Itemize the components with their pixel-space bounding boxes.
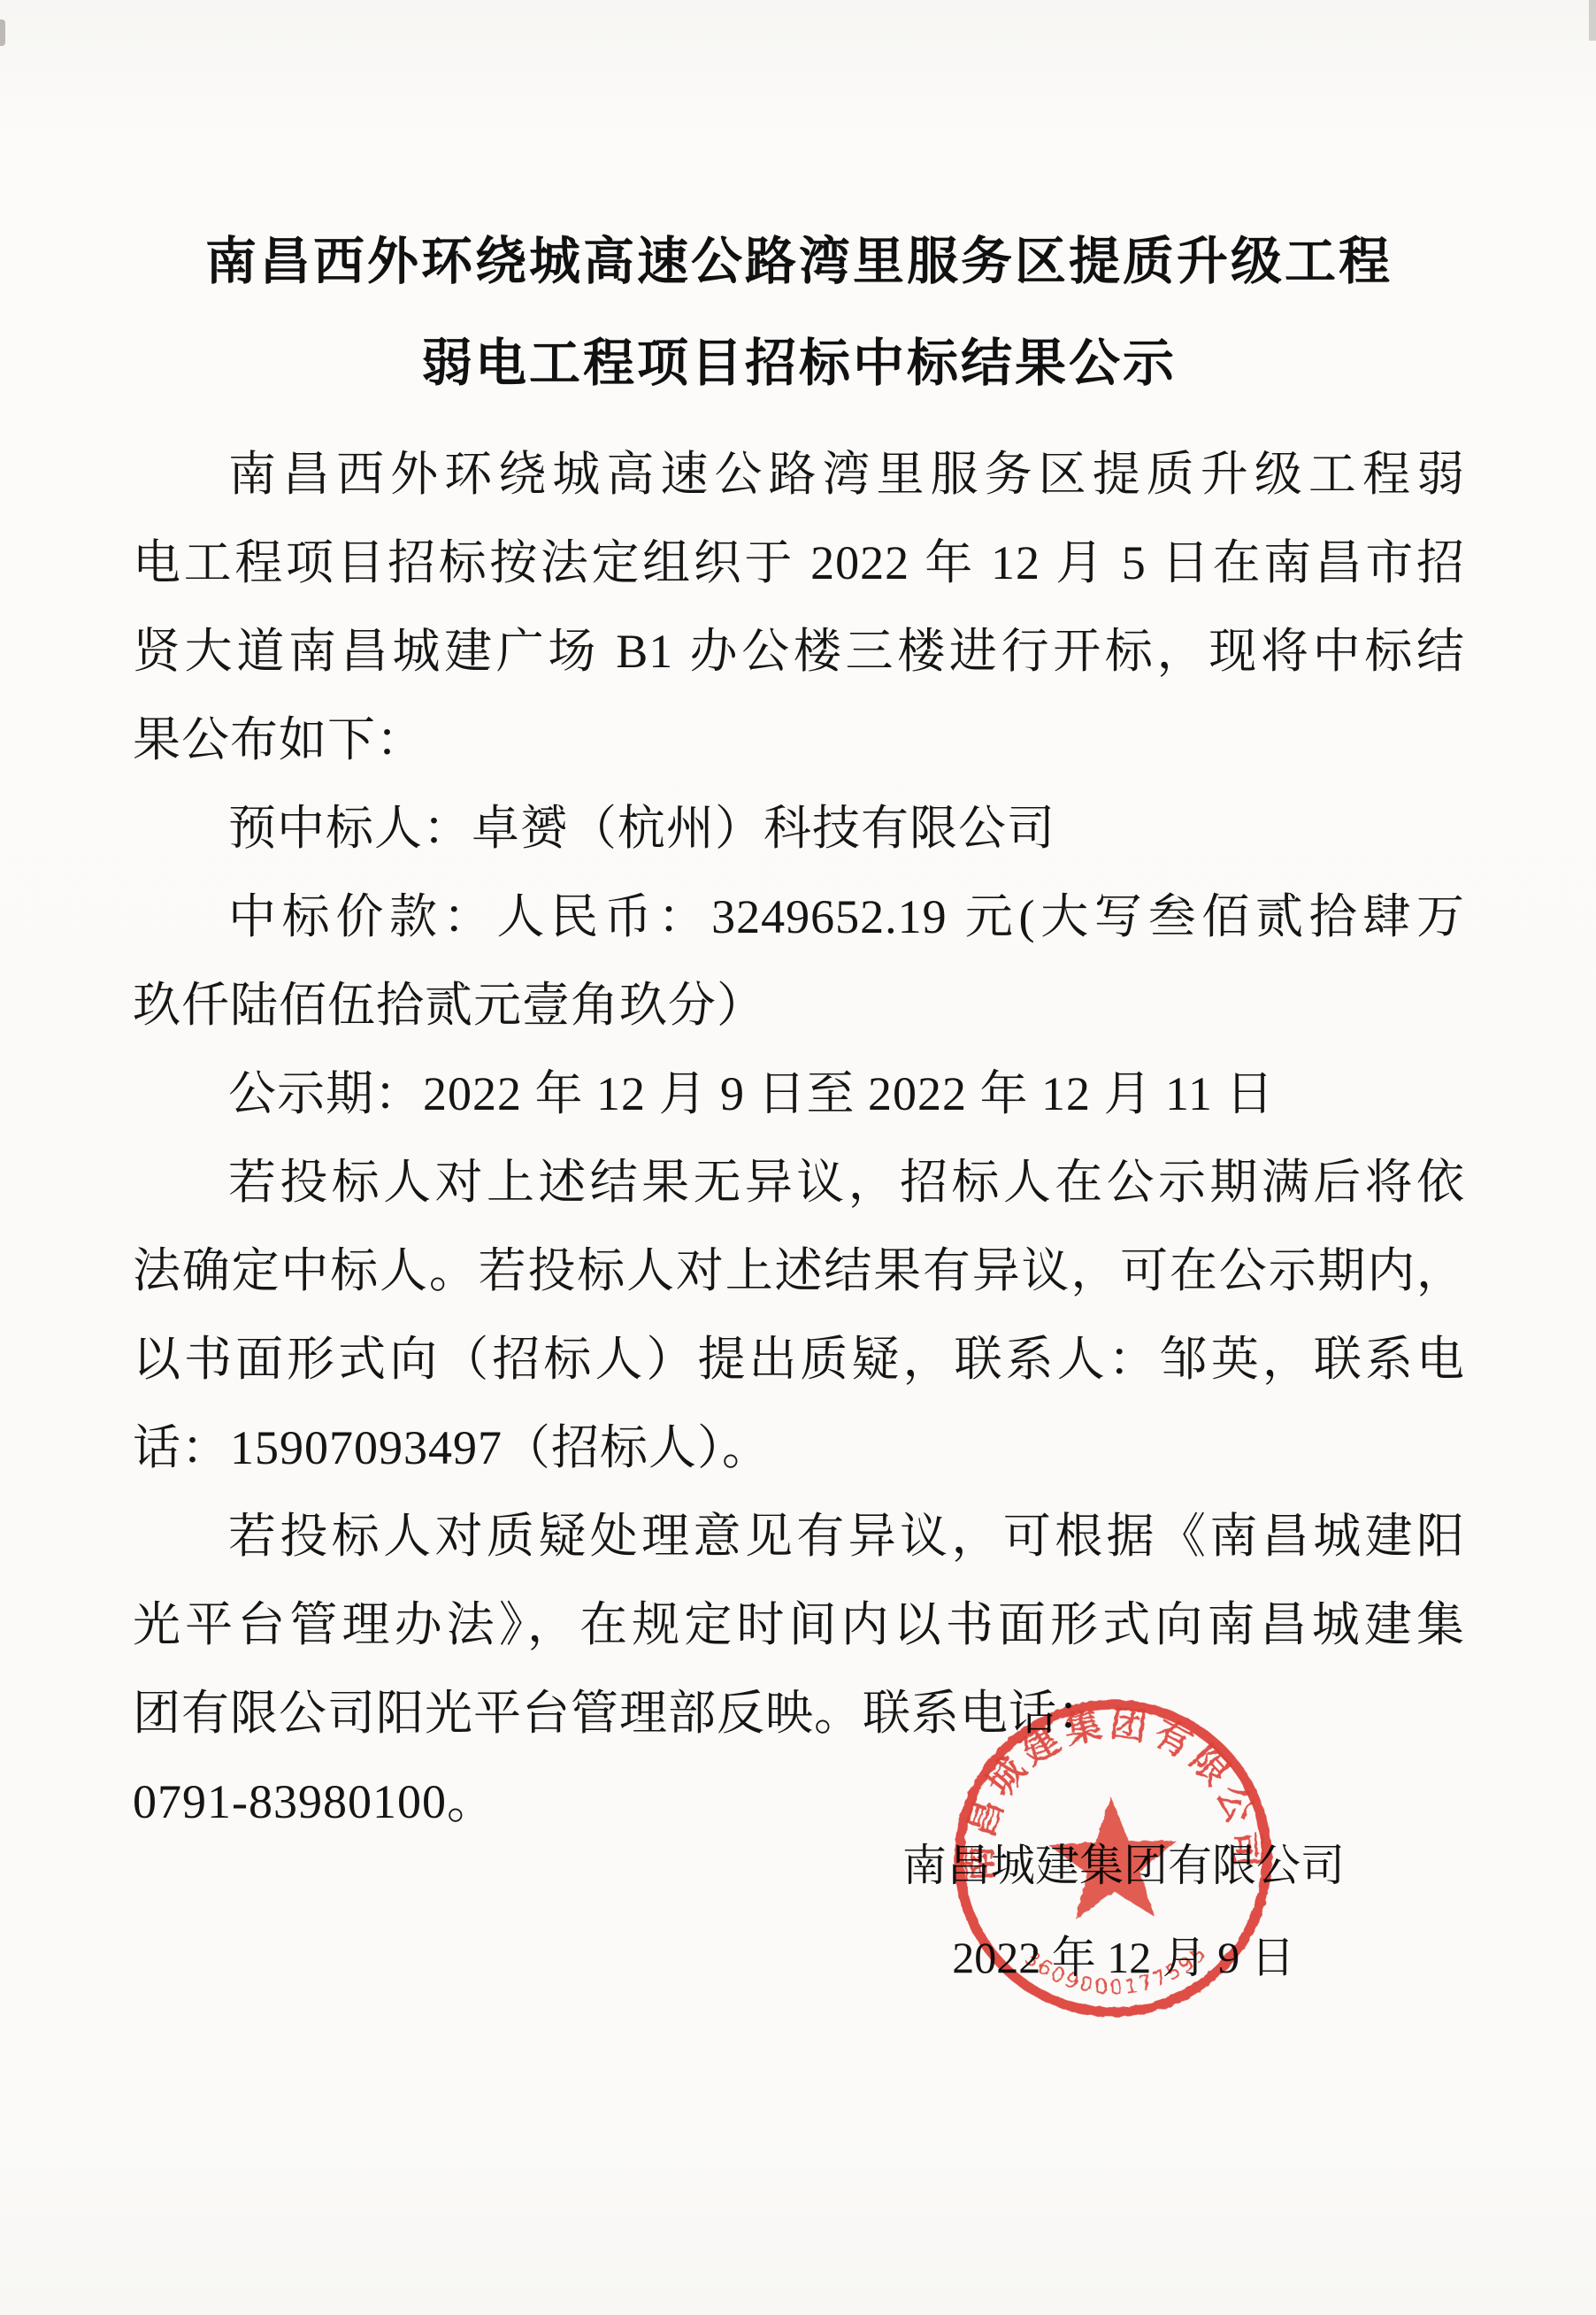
scan-edge-artifact: [1589, 0, 1596, 41]
document-line: 若投标人对质疑处理意见有异议，可根据《南昌城建阳: [133, 1492, 1465, 1581]
document-line: 以书面形式向（招标人）提出质疑，联系人：邹英，联系电: [133, 1315, 1465, 1404]
document-line: 若投标人对上述结果无异议，招标人在公示期满后将依: [133, 1138, 1465, 1227]
document-line: 公示期：2022 年 12 月 9 日至 2022 年 12 月 11 日: [133, 1050, 1465, 1138]
scan-edge-artifact: [0, 19, 5, 46]
document-line: 中标价款：人民币：3249652.19 元(大写叁佰贰拾肆万: [133, 873, 1465, 961]
document-title-line-1: 南昌西外环绕城高速公路湾里服务区提质升级工程: [133, 211, 1465, 312]
document-line: 南昌西外环绕城高速公路湾里服务区提质升级工程弱: [133, 430, 1465, 519]
document-body: 南昌西外环绕城高速公路湾里服务区提质升级工程弱电工程项目招标按法定组织于 202…: [133, 430, 1465, 1846]
document-line: 话：15907093497（招标人）。: [133, 1404, 1465, 1492]
document-line: 法确定中标人。若投标人对上述结果有异议，可在公示期内，: [133, 1227, 1465, 1315]
document-line: 贤大道南昌城建广场 B1 办公楼三楼进行开标，现将中标结: [133, 607, 1465, 696]
official-seal: 南昌城建集团有限公司 3609000177595: [935, 1680, 1290, 2035]
seal-star-icon: [1047, 1795, 1179, 1920]
document-title-line-2: 弱电工程项目招标中标结果公示: [133, 312, 1465, 414]
document-line: 预中标人：卓赟（杭州）科技有限公司: [133, 784, 1465, 873]
document-line: 玖仟陆佰伍拾贰元壹角玖分）: [133, 961, 1465, 1050]
document-content: 南昌西外环绕城高速公路湾里服务区提质升级工程 弱电工程项目招标中标结果公示 南昌…: [133, 211, 1465, 1846]
document-line: 光平台管理办法》，在规定时间内以书面形式向南昌城建集: [133, 1581, 1465, 1669]
document-line: 果公布如下：: [133, 696, 1465, 784]
scanned-document-page: 南昌西外环绕城高速公路湾里服务区提质升级工程 弱电工程项目招标中标结果公示 南昌…: [0, 0, 1596, 2315]
document-line: 电工程项目招标按法定组织于 2022 年 12 月 5 日在南昌市招: [133, 519, 1465, 607]
